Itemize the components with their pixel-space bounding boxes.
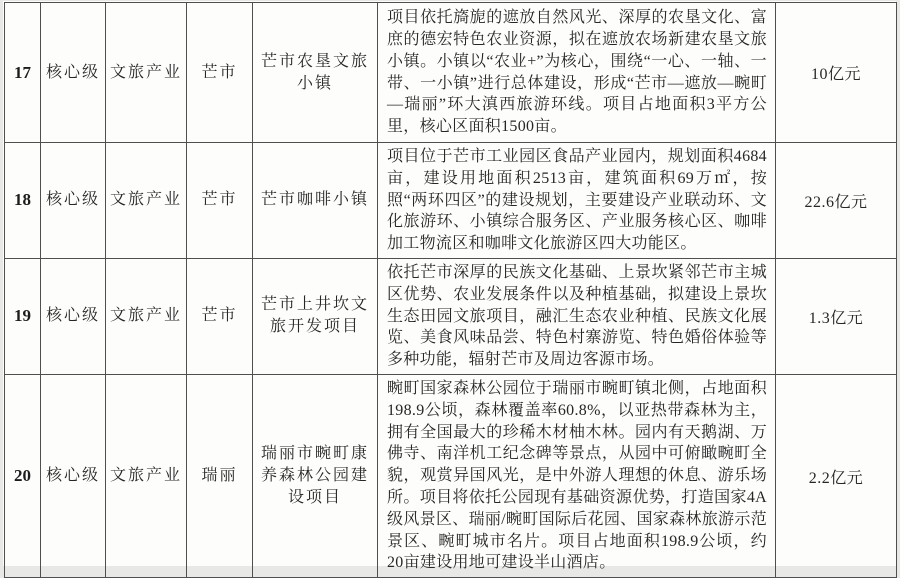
industry-type: 文旅产业 — [106, 143, 187, 259]
row-number: 20 — [5, 374, 41, 568]
table-row: 19 核心级 文旅产业 芒市 芒市上井坎文旅开发项目 依托芒市深厚的民族文化基础… — [5, 258, 897, 374]
project-name: 瑞丽市畹町康养森林公园建设项目 — [253, 374, 378, 568]
project-description: 项目位于芒市工业园区食品产业园内，规划面积4684亩，建设用地面积2513亩，建… — [378, 143, 776, 259]
table-row: 17 核心级 文旅产业 芒市 芒市农垦文旅小镇 项目依托旖旎的遮放自然风光、深厚… — [5, 3, 897, 143]
city: 芒市 — [187, 3, 253, 143]
city: 瑞丽 — [187, 374, 253, 568]
project-name: 芒市农垦文旅小镇 — [253, 3, 378, 143]
project-level: 核心级 — [41, 374, 106, 568]
industry-type: 文旅产业 — [106, 3, 187, 143]
city: 芒市 — [187, 258, 253, 374]
industry-type: 文旅产业 — [106, 374, 187, 568]
project-description: 依托芒市深厚的民族文化基础、上景坎紧邻芒市主城区优势、农业发展条件以及种植基础，… — [378, 258, 776, 374]
investment-amount: 10亿元 — [776, 3, 897, 143]
industry-type: 文旅产业 — [106, 258, 187, 374]
project-level: 核心级 — [41, 3, 106, 143]
project-name: 芒市上井坎文旅开发项目 — [253, 258, 378, 374]
project-description: 畹町国家森林公园位于瑞丽市畹町镇北侧，占地面积198.9公顷，森林覆盖率60.8… — [378, 374, 776, 568]
table-row: 20 核心级 文旅产业 瑞丽 瑞丽市畹町康养森林公园建设项目 畹町国家森林公园位… — [5, 374, 897, 568]
city: 芒市 — [187, 143, 253, 259]
project-level: 核心级 — [41, 258, 106, 374]
document-page: 17 核心级 文旅产业 芒市 芒市农垦文旅小镇 项目依托旖旎的遮放自然风光、深厚… — [3, 1, 896, 566]
table-row: 18 核心级 文旅产业 芒市 芒市咖啡小镇 项目位于芒市工业园区食品产业园内，规… — [5, 143, 897, 259]
project-name: 芒市咖啡小镇 — [253, 143, 378, 259]
project-level: 核心级 — [41, 143, 106, 259]
row-number: 17 — [5, 3, 41, 143]
row-number: 18 — [5, 143, 41, 259]
row-number: 19 — [5, 258, 41, 374]
project-table: 17 核心级 文旅产业 芒市 芒市农垦文旅小镇 项目依托旖旎的遮放自然风光、深厚… — [4, 2, 897, 568]
investment-amount: 1.3亿元 — [776, 258, 897, 374]
project-description: 项目依托旖旎的遮放自然风光、深厚的农垦文化、富庶的德宏特色农业资源，拟在遮放农场… — [378, 3, 776, 143]
investment-amount: 22.6亿元 — [776, 143, 897, 259]
investment-amount: 2.2亿元 — [776, 374, 897, 568]
